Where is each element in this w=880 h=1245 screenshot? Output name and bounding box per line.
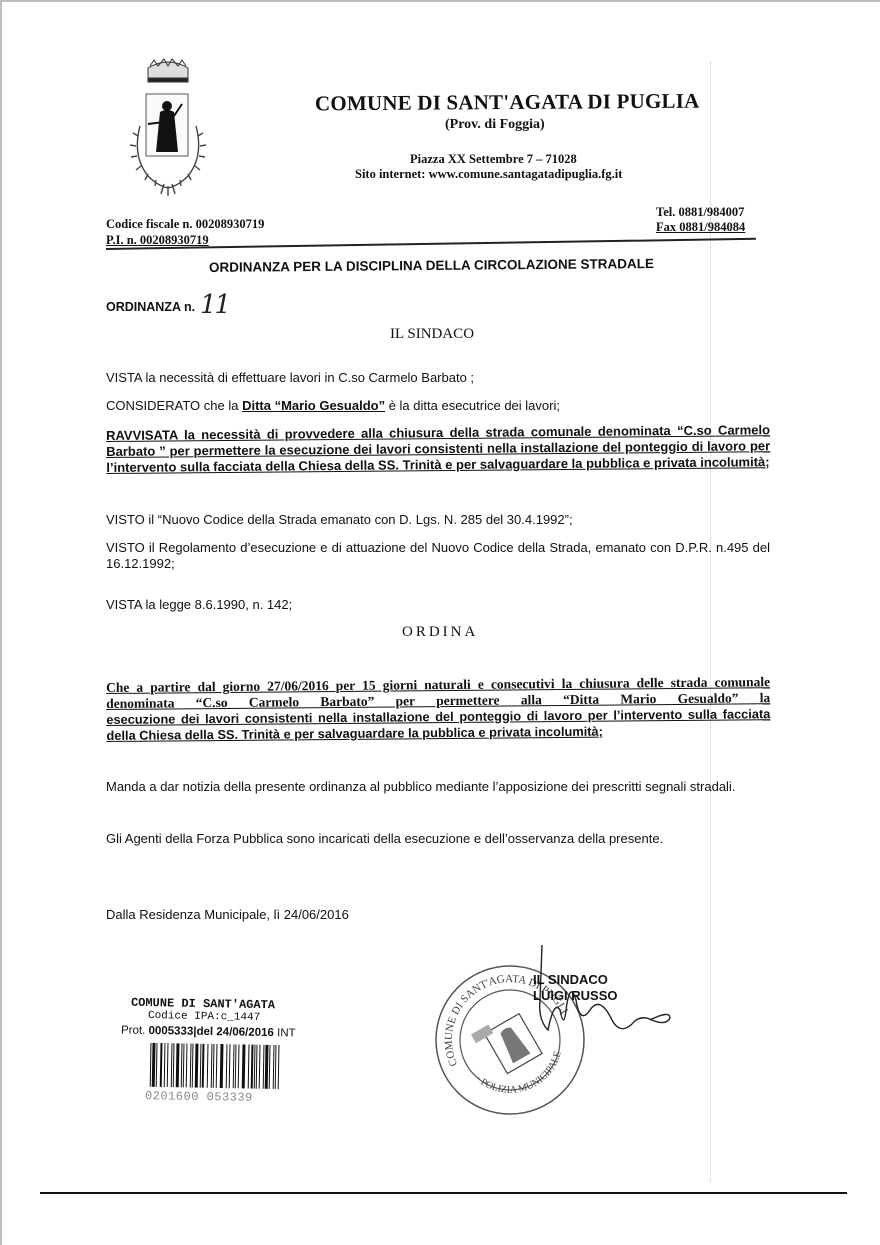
footer-divider [40,1192,847,1194]
ravvisata-paragraph: RAVVISATA la necessità di provvedere all… [106,422,770,476]
province-label: (Prov. di Foggia) [445,117,545,133]
vista-legge: VISTA la legge 8.6.1990, n. 142; [106,597,770,613]
municipality-title: COMUNE DI SANT'AGATA DI PUGLIA [315,89,700,117]
considerato-paragraph: CONSIDERATO che la Ditta “Mario Gesualdo… [106,398,770,414]
ordinance-label: ORDINANZA n. [106,300,195,314]
company-name: Ditta “Mario Gesualdo” [242,398,385,413]
vista-paragraph-works: VISTA la necessità di effettuare lavori … [106,370,770,386]
fax: Fax 0881/984084 [656,220,745,235]
ordina-text-part2: esecuzione dei lavori consistenti nella … [106,706,770,744]
ordinance-number: 11 [200,290,229,320]
issuer-heading: IL SINDACO [390,326,474,343]
ordina-heading: ORDINA [402,624,478,641]
barcode-number: 0201600 053339 [143,1089,255,1105]
codice-fiscale: Codice fiscale n. 00208930719 [106,217,264,232]
telephone: Tel. 0881/984007 [656,205,744,220]
ordina-paragraph: Che a partire dal giorno 27/06/2016 per … [106,674,771,744]
visto-codice-strada: VISTO il “Nuovo Codice della Strada eman… [106,512,770,528]
signatory-role: IL SINDACO [533,972,608,987]
considerato-prefix: CONSIDERATO che la [106,398,242,413]
municipal-crest-icon [118,56,218,206]
address: Piazza XX Settembre 7 – 71028 [410,152,577,167]
prot-number: 0005333 [148,1025,193,1038]
prot-type: INT [277,1027,296,1039]
prot-date: 24/06/2016 [216,1026,274,1039]
stamp-ipa-code: Codice IPA:c_1447 [148,1010,260,1024]
signatory-name: LUIGI RUSSO [533,988,618,1003]
agenti-paragraph: Gli Agenti della Forza Pubblica sono inc… [106,831,770,847]
visto-regolamento: VISTO il Regolamento d’esecuzione e di a… [106,540,770,572]
dateline: Dalla Residenza Municipale, lì 24/06/201… [106,907,770,923]
website: Sito internet: www.comune.santagatadipug… [355,167,622,182]
prot-label: Prot. [121,1024,146,1036]
manda-paragraph: Manda a dar notizia della presente ordin… [106,779,770,795]
considerato-suffix: è la ditta esecutrice dei lavori; [385,398,560,413]
prot-del: del [196,1026,213,1038]
